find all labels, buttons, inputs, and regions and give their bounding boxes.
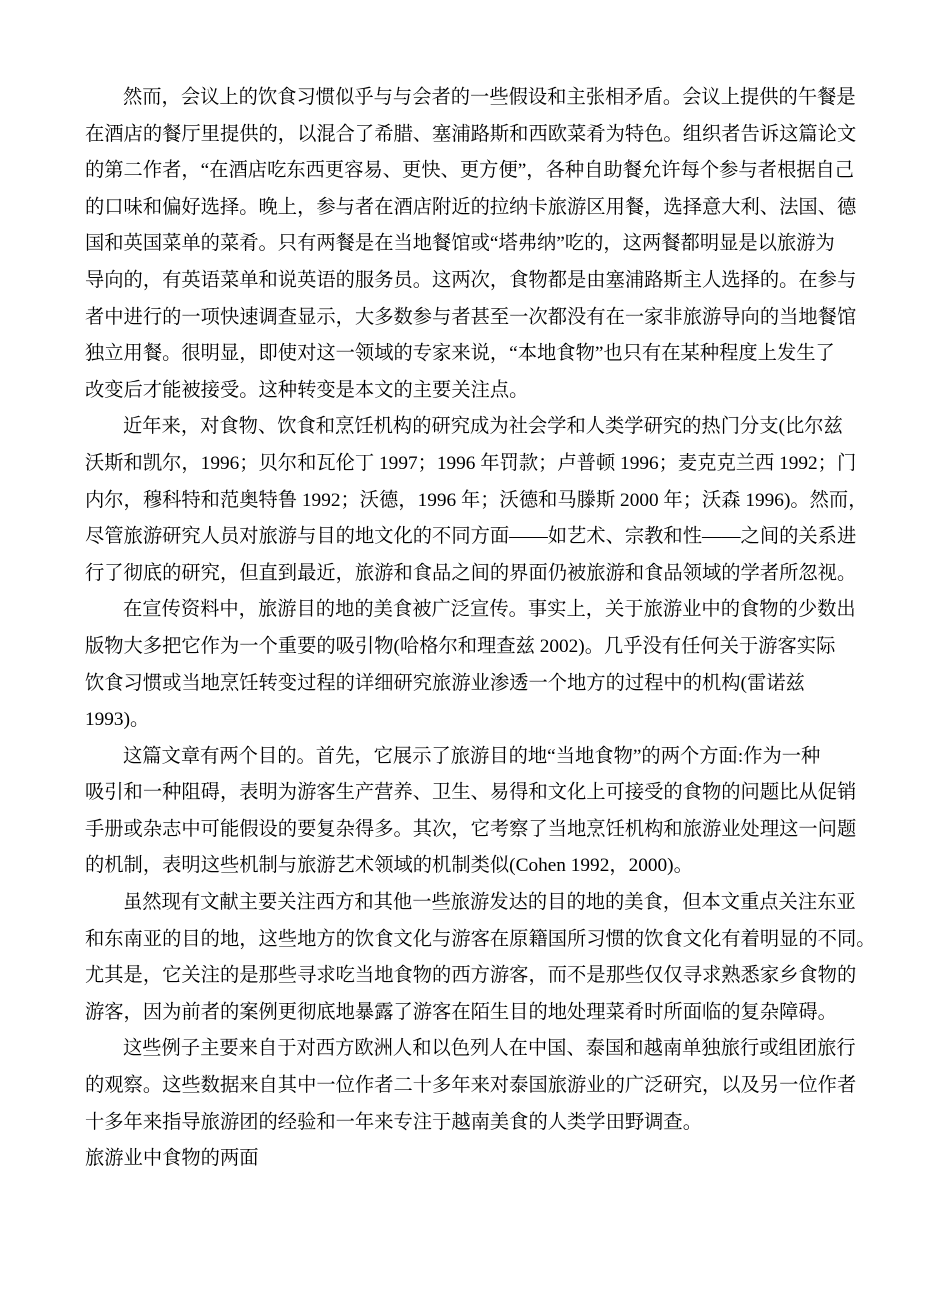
text-line: 者中进行的一项快速调查显示，大多数参与者甚至一次都没有在一家非旅游导向的当地餐馆 — [85, 300, 863, 337]
paragraph: 虽然现有文献主要关注西方和其他一些旅游发达的目的地的美食，但本文重点关注东亚和东… — [85, 885, 863, 1031]
text-line: 改变后才能被接受。这种转变是本文的主要关注点。 — [85, 373, 863, 410]
text-line: 导向的，有英语菜单和说英语的服务员。这两次，食物都是由塞浦路斯主人选择的。在参与 — [85, 263, 863, 300]
text-line: 的机制，表明这些机制与旅游艺术领域的机制类似(Cohen 1992，2000)。 — [85, 848, 863, 885]
text-line: 独立用餐。很明显，即使对这一领域的专家来说，“本地食物”也只有在某种程度上发生了 — [85, 336, 863, 373]
paragraph: 然而，会议上的饮食习惯似乎与与会者的一些假设和主张相矛盾。会议上提供的午餐是在酒… — [85, 80, 863, 409]
text-line: 的第二作者，“在酒店吃东西更容易、更快、更方便”，各种自助餐允许每个参与者根据自… — [85, 153, 863, 190]
text-line: 在宣传资料中，旅游目的地的美食被广泛宣传。事实上，关于旅游业中的食物的少数出 — [85, 592, 863, 629]
text-line: 游客，因为前者的案例更彻底地暴露了游客在陌生目的地处理菜肴时所面临的复杂障碍。 — [85, 995, 863, 1032]
text-line: 手册或杂志中可能假设的要复杂得多。其次，它考察了当地烹饪机构和旅游业处理这一问题 — [85, 812, 863, 849]
paragraph: 近年来，对食物、饮食和烹饪机构的研究成为社会学和人类学研究的热门分支(比尔兹沃斯… — [85, 409, 863, 592]
paragraph: 这篇文章有两个目的。首先，它展示了旅游目的地“当地食物”的两个方面:作为一种吸引… — [85, 739, 863, 885]
text-line: 1993)。 — [85, 702, 863, 739]
text-line: 这篇文章有两个目的。首先，它展示了旅游目的地“当地食物”的两个方面:作为一种 — [85, 739, 863, 776]
section-heading: 旅游业中食物的两面 — [85, 1141, 863, 1178]
document-page: { "page": { "background_color": "#ffffff… — [0, 0, 926, 1309]
text-line: 国和英国菜单的菜肴。只有两餐是在当地餐馆或“塔弗纳”吃的，这两餐都明显是以旅游为 — [85, 226, 863, 263]
document-body: 然而，会议上的饮食习惯似乎与与会者的一些假设和主张相矛盾。会议上提供的午餐是在酒… — [85, 80, 863, 1178]
text-line: 在酒店的餐厅里提供的，以混合了希腊、塞浦路斯和西欧菜肴为特色。组织者告诉这篇论文 — [85, 117, 863, 154]
text-line: 饮食习惯或当地烹饪转变过程的详细研究旅游业渗透一个地方的过程中的机构(雷诺兹 — [85, 666, 863, 703]
text-line: 近年来，对食物、饮食和烹饪机构的研究成为社会学和人类学研究的热门分支(比尔兹 — [85, 409, 863, 446]
text-line: 尤其是，它关注的是那些寻求吃当地食物的西方游客，而不是那些仅仅寻求熟悉家乡食物的 — [85, 958, 863, 995]
text-line: 沃斯和凯尔，1996；贝尔和瓦伦丁 1997；1996 年罚款；卢普顿 1996… — [85, 446, 863, 483]
text-line: 内尔，穆科特和范奥特鲁 1992；沃德，1996 年；沃德和马滕斯 2000 年… — [85, 483, 863, 520]
text-line: 虽然现有文献主要关注西方和其他一些旅游发达的目的地的美食，但本文重点关注东亚 — [85, 885, 863, 922]
text-line: 尽管旅游研究人员对旅游与目的地文化的不同方面——如艺术、宗教和性——之间的关系进 — [85, 519, 863, 556]
text-line: 的口味和偏好选择。晚上，参与者在酒店附近的拉纳卡旅游区用餐，选择意大利、法国、德 — [85, 190, 863, 227]
text-line: 行了彻底的研究，但直到最近，旅游和食品之间的界面仍被旅游和食品领域的学者所忽视。 — [85, 556, 863, 593]
paragraph: 在宣传资料中，旅游目的地的美食被广泛宣传。事实上，关于旅游业中的食物的少数出版物… — [85, 592, 863, 738]
text-line: 版物大多把它作为一个重要的吸引物(哈格尔和理查兹 2002)。几乎没有任何关于游… — [85, 629, 863, 666]
text-line: 的观察。这些数据来自其中一位作者二十多年来对泰国旅游业的广泛研究，以及另一位作者 — [85, 1068, 863, 1105]
text-line: 这些例子主要来自于对西方欧洲人和以色列人在中国、泰国和越南单独旅行或组团旅行 — [85, 1031, 863, 1068]
text-line: 吸引和一种阻碍，表明为游客生产营养、卫生、易得和文化上可接受的食物的问题比从促销 — [85, 775, 863, 812]
text-line: 然而，会议上的饮食习惯似乎与与会者的一些假设和主张相矛盾。会议上提供的午餐是 — [85, 80, 863, 117]
heading-line: 旅游业中食物的两面 — [85, 1141, 863, 1178]
paragraph: 这些例子主要来自于对西方欧洲人和以色列人在中国、泰国和越南单独旅行或组团旅行的观… — [85, 1031, 863, 1141]
text-line: 和东南亚的目的地，这些地方的饮食文化与游客在原籍国所习惯的饮食文化有着明显的不同… — [85, 922, 863, 959]
text-line: 十多年来指导旅游团的经验和一年来专注于越南美食的人类学田野调查。 — [85, 1105, 863, 1142]
